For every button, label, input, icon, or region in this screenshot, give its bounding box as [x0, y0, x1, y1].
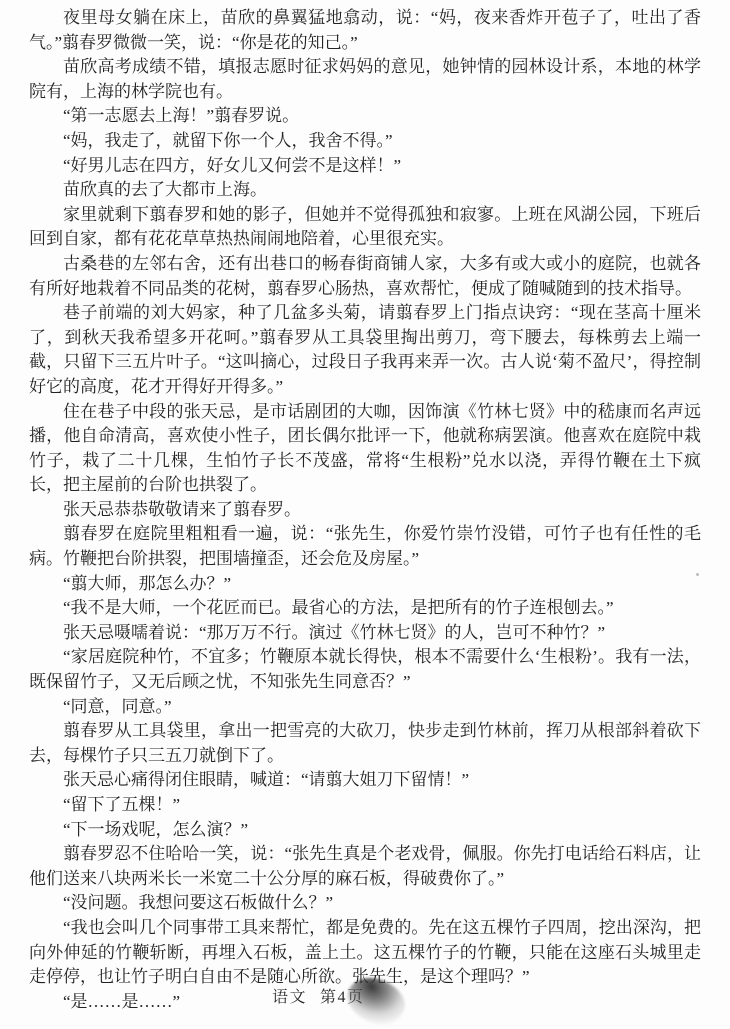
scan-speck-artifact [696, 573, 699, 576]
story-paragraph: “没问题。我想问要这石板做什么？” [29, 891, 701, 916]
story-paragraph: “下一场戏呢，怎么演？” [29, 818, 701, 843]
story-paragraph: 翦春罗在庭院里粗粗看一遍，说：“张先生，你爱竹崇竹没错，可竹子也有任性的毛病。竹… [29, 522, 701, 571]
story-paragraph: “留下了五棵！” [29, 793, 701, 818]
story-paragraph: “同意，同意。” [29, 695, 701, 720]
story-paragraph: 翦春罗忍不住哈哈一笑，说：“张先生真是个老戏骨，佩服。你先打电话给石料店，让他们… [29, 842, 701, 891]
story-paragraph: 翦春罗从工具袋里，拿出一把雪亮的大砍刀，快步走到竹林前，挥刀从根部斜着砍下去，每… [29, 719, 701, 768]
story-paragraph: “家居庭院种竹，不宜多；竹鞭原本就长得快，根本不需要什么‘生根粉’。我有一法，既… [29, 645, 701, 694]
document-page: 夜里母女躺在床上，苗欣的鼻翼猛地翕动，说：“妈，夜来香炸开苞子了，吐出了香气。”… [0, 0, 730, 1029]
story-paragraph: “第一志愿去上海！”翦春罗说。 [29, 104, 701, 129]
story-paragraph: 苗欣真的去了大都市上海。 [29, 178, 701, 203]
story-paragraph: 住在巷子中段的张天忌，是市话剧团的大咖，因饰演《竹林七贤》中的嵇康而名声远播，他… [29, 400, 701, 498]
story-paragraph: “好男儿志在四方，好女儿又何尝不是这样！” [29, 154, 701, 179]
story-paragraph: “翦大师，那怎么办？” [29, 572, 701, 597]
footer-subject-label: 语文 [272, 989, 307, 1006]
story-paragraph: “我不是大师，一个花匠而已。最省心的方法，是把所有的竹子连根刨去。” [29, 596, 701, 621]
reading-passage: 夜里母女躺在床上，苗欣的鼻翼猛地翕动，说：“妈，夜来香炸开苞子了，吐出了香气。”… [29, 6, 701, 1014]
story-paragraph: 夜里母女躺在床上，苗欣的鼻翼猛地翕动，说：“妈，夜来香炸开苞子了，吐出了香气。”… [29, 6, 701, 55]
story-paragraph: 张天忌心痛得闭住眼睛，喊道：“请翦大姐刀下留情！” [29, 768, 701, 793]
story-paragraph: 家里就剩下翦春罗和她的影子，但她并不觉得孤独和寂寥。上班在风湖公园，下班后回到自… [29, 203, 701, 252]
story-paragraph: 苗欣高考成绩不错，填报志愿时征求妈妈的意见，她钟情的园林设计系，本地的林学院有，… [29, 55, 701, 104]
story-paragraph: 巷子前端的刘大妈家，种了几盆多头菊，请翦春罗上门指点诀窍：“现在茎高十厘米了，到… [29, 301, 701, 399]
story-paragraph: 张天忌嗫嚅着说：“那万万不行。演过《竹林七贤》的人，岂可不种竹？” [29, 621, 701, 646]
story-paragraph: 张天忌恭恭敬敬请来了翦春罗。 [29, 498, 701, 523]
story-paragraph: 古桑巷的左邻右舍，还有出巷口的畅春街商铺人家，大多有或大或小的庭院，也就各有所好… [29, 252, 701, 301]
story-paragraph: “妈，我走了，就留下你一个人，我舍不得。” [29, 129, 701, 154]
